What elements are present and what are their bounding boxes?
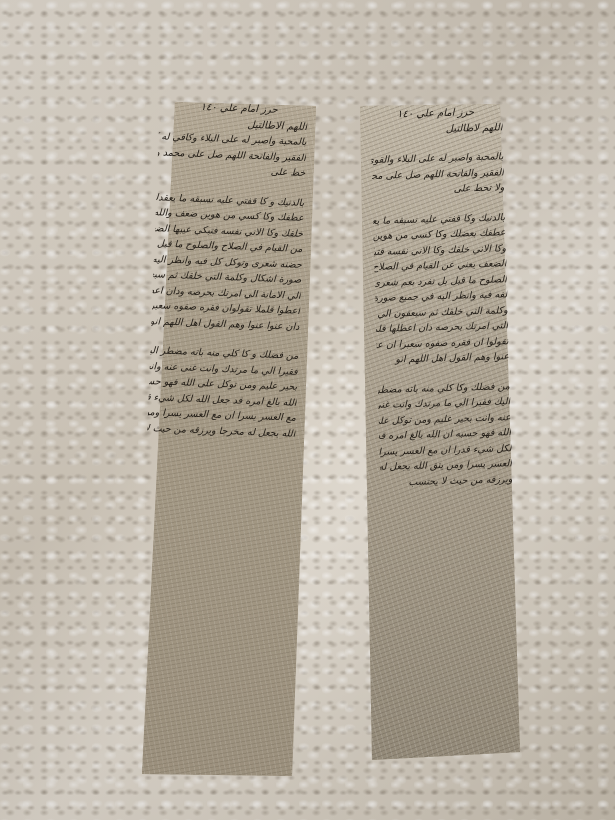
right-strip-text: حرز امام علي ١٤٠ اللهم لاطالتيل بالمحبة … bbox=[370, 104, 513, 491]
left-strip-text: حرز امام علي ١٤٠ اللهم الاطالتيل بالمحبة… bbox=[147, 98, 308, 441]
